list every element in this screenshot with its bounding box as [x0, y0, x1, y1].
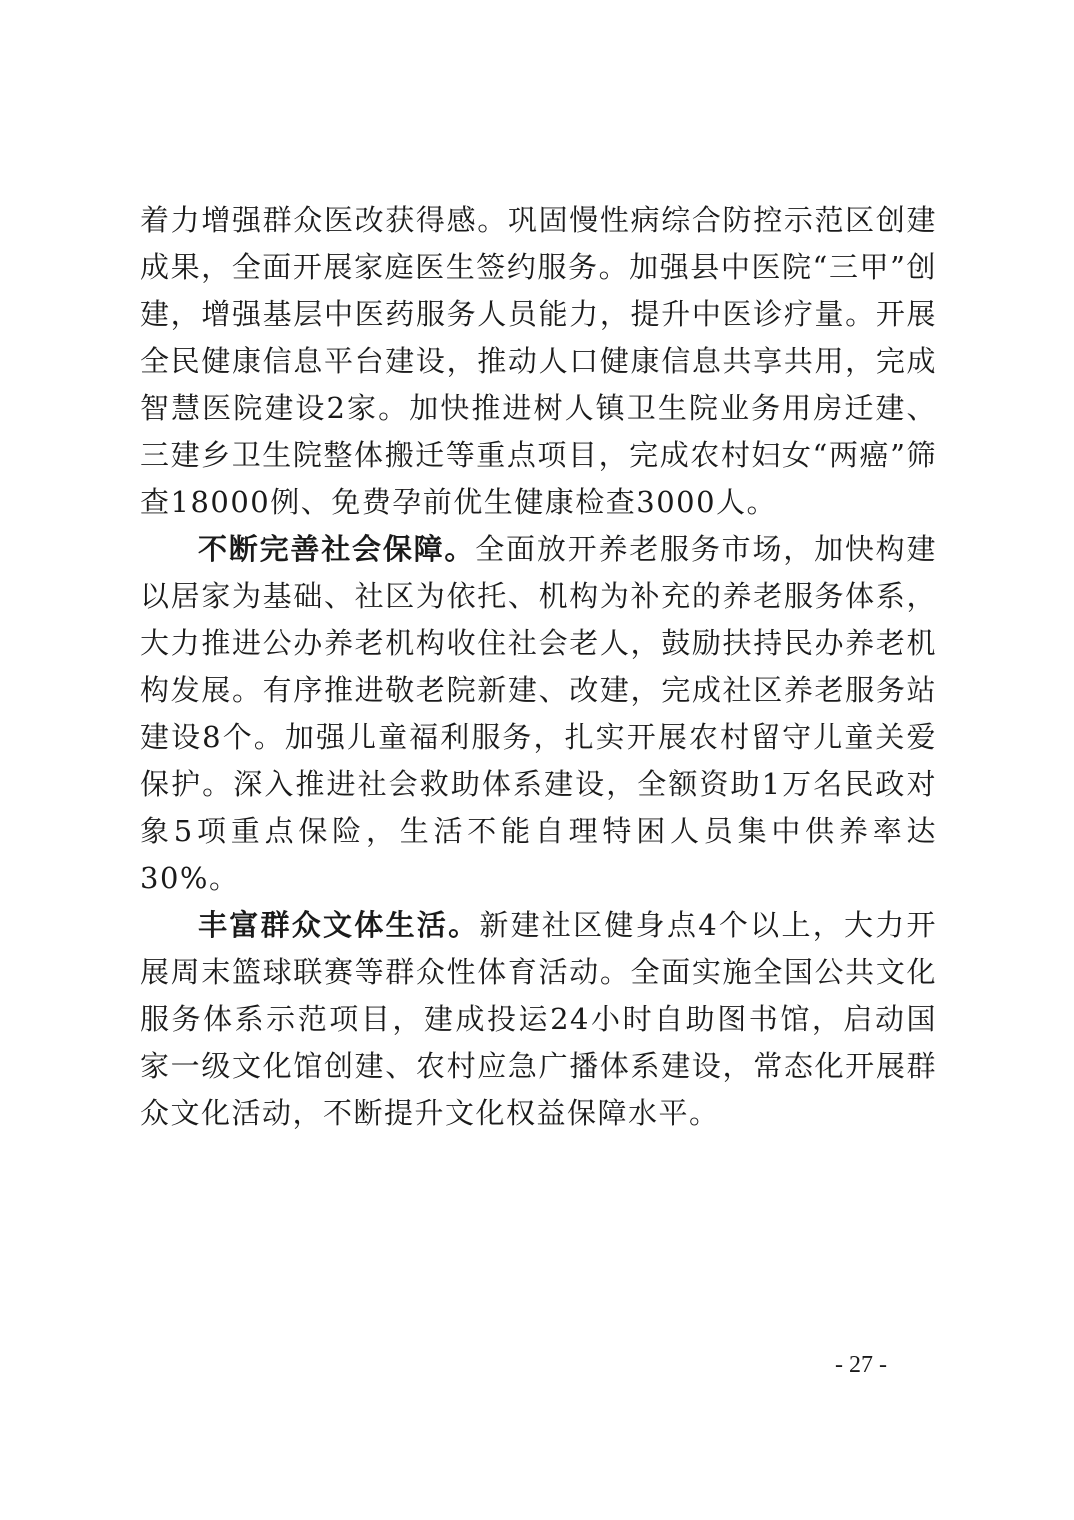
paragraph-culture-sports: 丰富群众文体生活。新建社区健身点4个以上，大力开展周末篮球联赛等群众性体育活动。… — [140, 902, 937, 1137]
paragraph-body: 着力增强群众医改获得感。巩固慢性病综合防控示范区创建成果，全面开展家庭医生签约服… — [140, 203, 937, 519]
paragraph-social-security: 不断完善社会保障。全面放开养老服务市场，加快构建以居家为基础、社区为依托、机构为… — [140, 526, 937, 902]
paragraph-healthcare: 着力增强群众医改获得感。巩固慢性病综合防控示范区创建成果，全面开展家庭医生签约服… — [140, 197, 937, 526]
paragraph-heading: 丰富群众文体生活。 — [198, 908, 479, 942]
paragraph-body: 全面放开养老服务市场，加快构建以居家为基础、社区为依托、机构为补充的养老服务体系… — [140, 532, 937, 895]
paragraph-heading: 不断完善社会保障。 — [198, 532, 475, 566]
document-page: 着力增强群众医改获得感。巩固慢性病综合防控示范区创建成果，全面开展家庭医生签约服… — [0, 0, 1074, 1520]
page-number: - 27 - — [835, 1352, 887, 1379]
body-text: 着力增强群众医改获得感。巩固慢性病综合防控示范区创建成果，全面开展家庭医生签约服… — [140, 197, 937, 1137]
